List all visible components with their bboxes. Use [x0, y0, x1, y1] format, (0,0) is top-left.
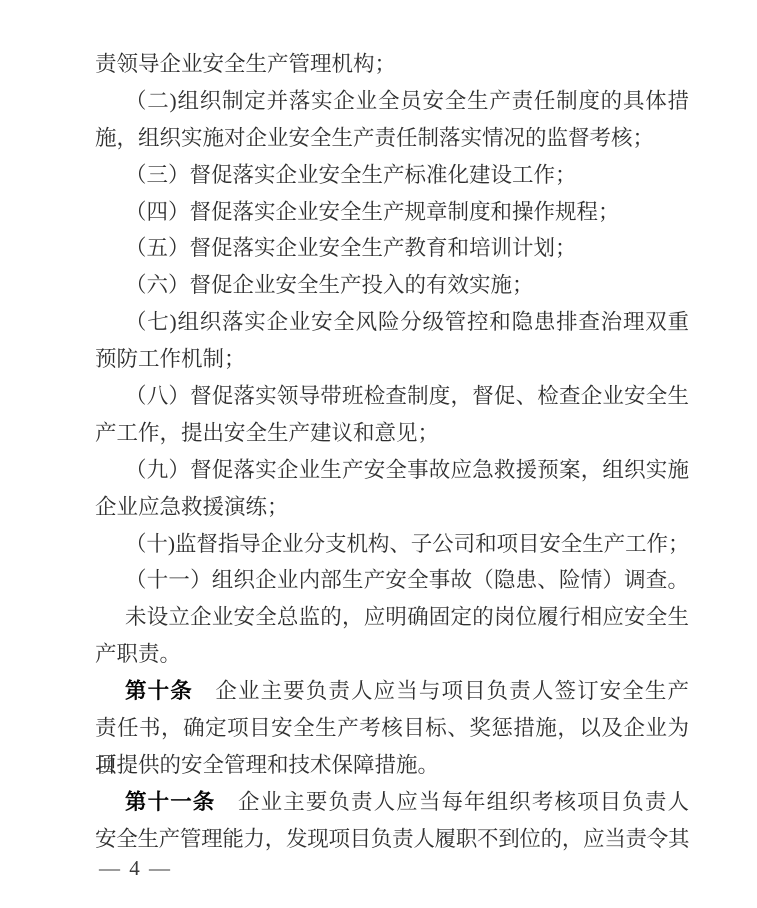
text-line: 产工作，提出安全生产建议和意见；: [95, 415, 689, 452]
article-number: 第十条: [125, 679, 193, 703]
text-segment: 产职责。: [95, 642, 181, 666]
text-line: 产职责。: [95, 636, 689, 673]
text-segment: （八）督促落实领导带班检查制度，督促、检查企业安全生: [125, 384, 689, 408]
text-segment: （四）督促落实企业安全生产规章制度和操作规程；: [125, 200, 620, 224]
text-segment: （二)组织制定并落实企业全员安全生产责任制度的具体措: [125, 89, 689, 113]
text-segment: （三）督促落实企业安全生产标准化建设工作；: [125, 163, 577, 187]
text-segment: 企业应急救援演练；: [95, 495, 289, 519]
text-segment: 企业主要负责人应当每年组织考核项目负责人: [215, 790, 689, 814]
text-line: （八）督促落实领导带班检查制度，督促、检查企业安全生: [125, 378, 689, 415]
text-segment: （五）督促落实企业安全生产教育和培训计划；: [125, 236, 577, 260]
text-line: 第十条 企业主要负责人应当与项目负责人签订安全生产: [125, 673, 689, 710]
text-segment: 产工作，提出安全生产建议和意见；: [95, 421, 439, 445]
text-segment: 预防工作机制；: [95, 347, 246, 371]
text-line: （四）督促落实企业安全生产规章制度和操作规程；: [125, 194, 689, 231]
text-segment: 未设立企业安全总监的，应明确固定的岗位履行相应安全生: [125, 605, 689, 629]
text-segment: （六）督促企业安全生产投入的有效实施；: [125, 273, 534, 297]
text-line: （三）督促落实企业安全生产标准化建设工作；: [125, 157, 689, 194]
text-line: 施，组织实施对企业安全生产责任制落实情况的监督考核；: [95, 120, 689, 157]
text-segment: 责领导企业安全生产管理机构；: [95, 52, 396, 76]
document-page: 责领导企业安全生产管理机构；（二)组织制定并落实企业全员安全生产责任制度的具体措…: [0, 0, 757, 908]
text-segment: 施，组织实施对企业安全生产责任制落实情况的监督考核；: [95, 126, 654, 150]
text-segment: （十)监督指导企业分支机构、子公司和项目安全生产工作；: [125, 532, 689, 556]
text-line: 企业应急救援演练；: [95, 489, 689, 526]
text-segment: （十一）组织企业内部生产安全事故（隐患、险情）调查。: [125, 568, 689, 592]
text-line: 未设立企业安全总监的，应明确固定的岗位履行相应安全生: [125, 599, 689, 636]
text-segment: 企业主要负责人应当与项目负责人签订安全生产: [193, 679, 689, 703]
article-number: 第十一条: [125, 790, 215, 814]
text-line: 安全生产管理能力，发现项目负责人履职不到位的，应当责令其: [95, 821, 689, 858]
text-segment: （七)组织落实企业安全风险分级管控和隐患排查治理双重: [125, 310, 689, 334]
text-line: 责任书，确定项目安全生产考核目标、奖惩措施，以及企业为项: [95, 710, 689, 747]
text-line: 预防工作机制；: [95, 341, 689, 378]
text-segment: （九）督促落实企业生产安全事故应急救援预案，组织实施: [125, 458, 689, 482]
text-line: （九）督促落实企业生产安全事故应急救援预案，组织实施: [125, 452, 689, 489]
text-segment: 安全生产管理能力，发现项目负责人履职不到位的，应当责令其: [95, 827, 689, 851]
text-line: 目提供的安全管理和技术保障措施。: [95, 747, 689, 784]
text-segment: 目提供的安全管理和技术保障措施。: [95, 753, 439, 777]
text-line: （十一）组织企业内部生产安全事故（隐患、险情）调查。: [125, 562, 689, 599]
text-line: （七)组织落实企业安全风险分级管控和隐患排查治理双重: [125, 304, 689, 341]
page-number: — 4 —: [99, 855, 172, 881]
text-line: （六）督促企业安全生产投入的有效实施；: [125, 267, 689, 304]
text-line: （五）督促落实企业安全生产教育和培训计划；: [125, 230, 689, 267]
text-line: （二)组织制定并落实企业全员安全生产责任制度的具体措: [125, 83, 689, 120]
text-line: （十)监督指导企业分支机构、子公司和项目安全生产工作；: [125, 526, 689, 563]
text-line: 责领导企业安全生产管理机构；: [95, 46, 689, 83]
document-body: 责领导企业安全生产管理机构；（二)组织制定并落实企业全员安全生产责任制度的具体措…: [95, 46, 689, 858]
text-line: 第十一条 企业主要负责人应当每年组织考核项目负责人: [125, 784, 689, 821]
